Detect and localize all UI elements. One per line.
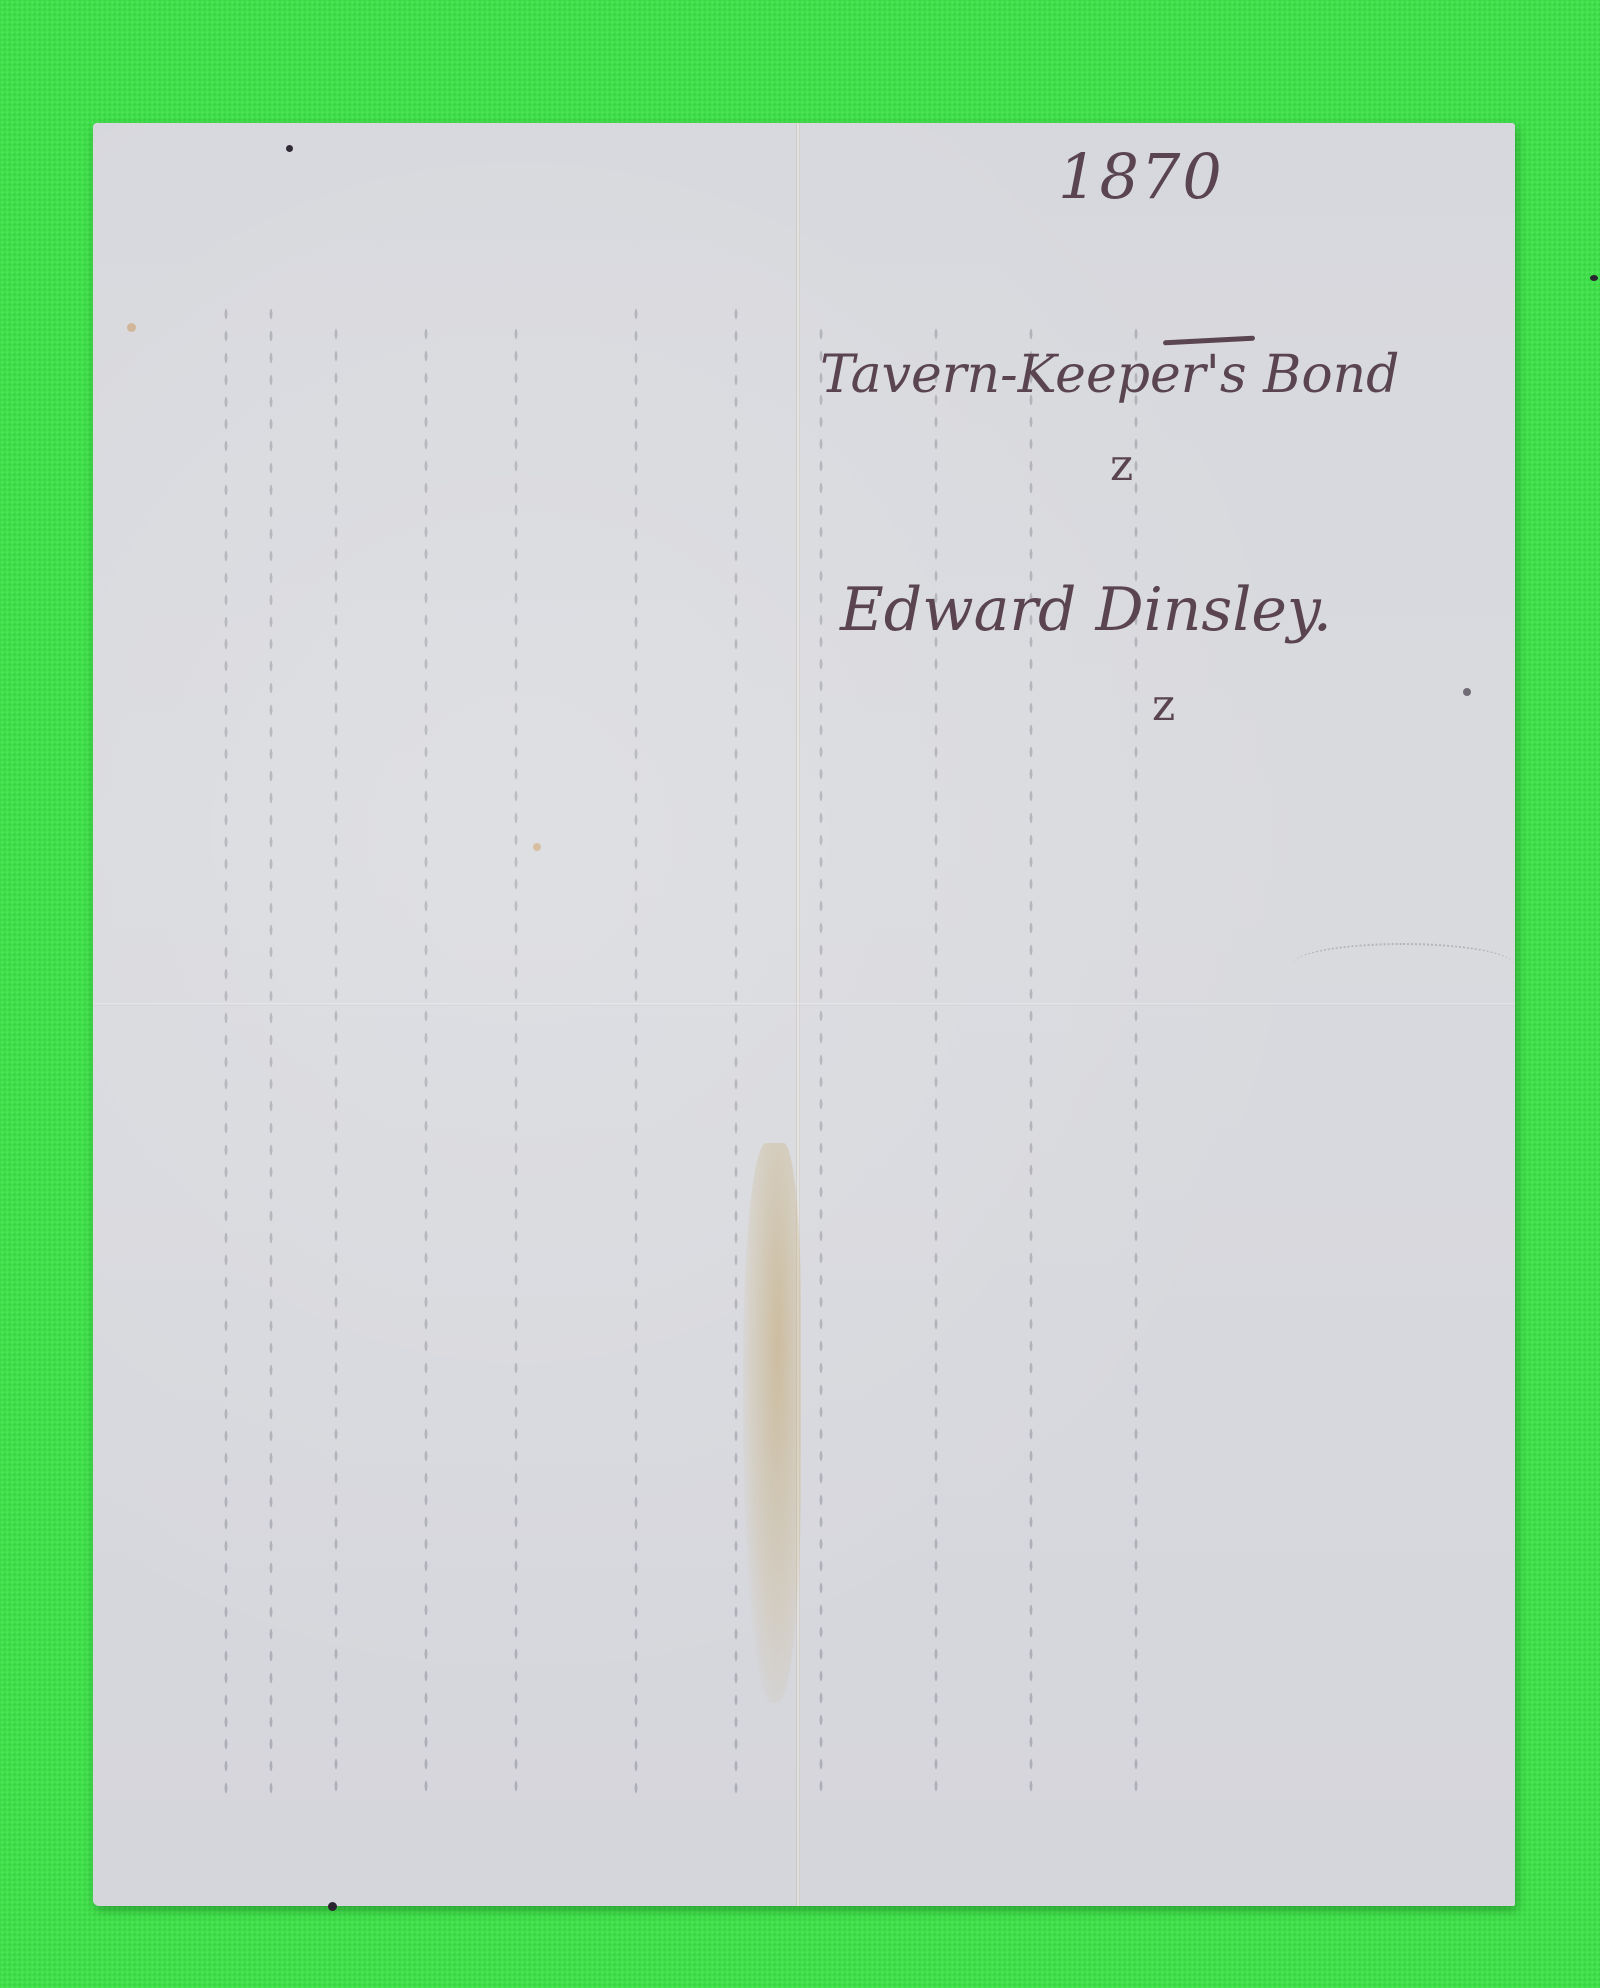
year-underline	[1163, 336, 1255, 346]
separator-mark: z	[1110, 440, 1133, 491]
bleed-through-text	[423, 323, 429, 1803]
foxing-spot	[127, 323, 136, 332]
horizontal-fold-crease	[93, 1003, 1515, 1006]
bleed-through-text	[633, 303, 639, 1803]
bleed-through-text	[268, 303, 274, 1803]
bleed-through-text	[1133, 323, 1139, 1803]
bleed-through-text	[513, 323, 519, 1803]
document-title: Tavern-Keeper's Bond	[820, 345, 1399, 405]
ink-speck	[286, 145, 293, 152]
party-name: Edward Dinsley.	[840, 575, 1332, 645]
ink-speck	[1590, 275, 1598, 281]
vertical-fold-crease	[796, 123, 800, 1906]
bleed-through-text	[1028, 323, 1034, 1803]
bleed-through-text	[818, 323, 824, 1803]
bleed-through-text	[333, 323, 339, 1803]
ink-speck	[328, 1902, 337, 1911]
bleed-through-text	[733, 303, 739, 1803]
pencil-flourish	[1293, 943, 1513, 985]
separator-mark: z	[1152, 680, 1175, 731]
bleed-through-text	[223, 303, 229, 1803]
bleed-through-text	[933, 323, 939, 1803]
ink-speck	[1463, 688, 1471, 696]
water-stain	[743, 1143, 801, 1703]
document-year: 1870	[1058, 140, 1224, 213]
foxing-spot	[533, 843, 541, 851]
